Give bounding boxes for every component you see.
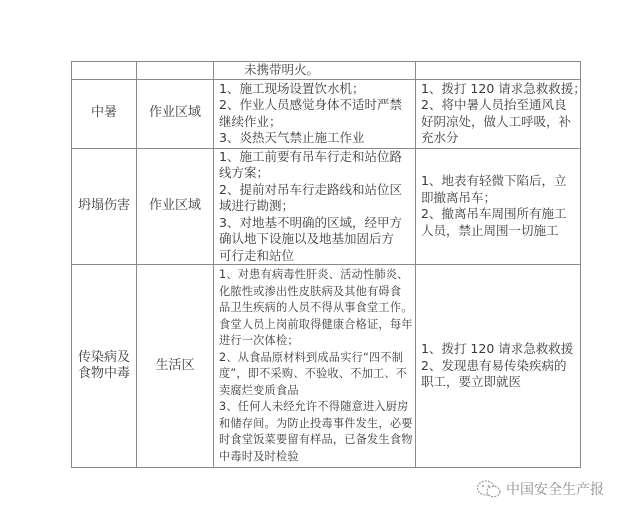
watermark: 中国安全生产报 [476,479,604,499]
hazard-cell: 中暑 [72,79,137,148]
hazard-cell: 坍塌伤害 [72,148,137,265]
measure-line: 品卫生疾病的人员不得从事食堂工作。 [219,300,411,317]
emergency-cell [416,62,581,80]
measures-cell: 1、施工现场设置饮水机； 2、作业人员感觉身体不适时严禁 继续作业； 3、炎热天… [214,79,416,148]
measure-line: 可行走和站位 [219,248,411,265]
watermark-text: 中国安全生产报 [506,479,604,499]
area-cell: 作业区域 [137,148,214,265]
emergency-cell: 1、拨打 120 请求急救救援； 2、将中暑人员抬至通风良 好阴凉处，做人工呼吸… [416,79,581,148]
measure-line: 3、任何人未经允许不得随意进入厨房 [219,399,411,416]
measure-line: 2、从食品原材料到成品实行“四不制 [219,350,411,367]
emergency-cell: 1、地表有轻微下陷后，立 即撤离吊车； 2、撤离吊车周围所有施工 人员，禁止周围… [416,148,581,265]
emergency-line: 即撤离吊车； [421,190,576,207]
area-cell: 作业区域 [137,79,214,148]
hazard-cell [72,62,137,80]
emergency-line: 职工，要立即就医 [421,374,576,391]
measure-line: 3、对地基不明确的区域，经甲方 [219,215,411,232]
emergency-line: 2、撤离吊车周围所有施工 [421,206,576,223]
table-row-collapse: 坍塌伤害 作业区域 1、施工前要有吊车行走和站位路 线方案； 2、提前对吊车行走… [72,148,581,265]
wechat-icon [476,479,502,499]
area-cell [137,62,214,80]
measure-line: 1、对患有病毒性肝炎、活动性肺炎、 [219,267,411,284]
table-row-disease: 传染病及 食物中毒 生活区 1、对患有病毒性肝炎、活动性肺炎、 化脓性或渗出性皮… [72,265,581,468]
measure-line: 确认地下设施以及地基加固后方 [219,231,411,248]
safety-measures-table: 未携带明火。 中暑 作业区域 1、施工现场设置饮水机； 2、作业人员感觉身体不适… [71,61,581,468]
measure-line: 线方案； [219,165,411,182]
measures-cell: 1、施工前要有吊车行走和站位路 线方案； 2、提前对吊车行走路线和站位区 域进行… [214,148,416,265]
hazard-line: 食物中毒 [76,366,132,383]
measure-line: 未携带明火。 [244,62,411,79]
emergency-line: 1、拨打 120 请求急救救援； [421,81,576,98]
measure-line: 中毒时及时检验 [219,449,411,466]
measure-line: 继续作业； [219,114,411,131]
table-row-continued: 未携带明火。 [72,62,581,80]
emergency-line: 人员，禁止周围一切施工 [421,223,576,240]
emergency-line: 好阴凉处，做人工呼吸，补 [421,114,576,131]
measure-line: 2、提前对吊车行走路线和站位区 [219,182,411,199]
measure-line: 域进行勘测； [219,198,411,215]
measure-line: 和储存间。为防止投毒事件发生，必要 [219,416,411,433]
hazard-line: 传染病及 [76,350,132,367]
measure-line: 2、作业人员感觉身体不适时严禁 [219,97,411,114]
emergency-line: 2、将中暑人员抬至通风良 [421,97,576,114]
measure-line: 食堂人员上岗前取得健康合格证，每年 [219,317,411,334]
emergency-line: 2、发现患有易传染疾病的 [421,358,576,375]
measure-line: 卖腐烂变质食品 [219,383,411,400]
emergency-line: 1、地表有轻微下陷后，立 [421,173,576,190]
measures-cell: 1、对患有病毒性肝炎、活动性肺炎、 化脓性或渗出性皮肤病及其他有碍食 品卫生疾病… [214,265,416,468]
emergency-line: 充水分 [421,130,576,147]
measure-line: 1、施工前要有吊车行走和站位路 [219,149,411,166]
table-row-heatstroke: 中暑 作业区域 1、施工现场设置饮水机； 2、作业人员感觉身体不适时严禁 继续作… [72,79,581,148]
hazard-cell: 传染病及 食物中毒 [72,265,137,468]
measures-cell: 未携带明火。 [214,62,416,80]
emergency-cell: 1、拨打 120 请求急救救援 2、发现患有易传染疾病的 职工，要立即就医 [416,265,581,468]
measure-line: 度”，即不采购、不验收、不加工、不 [219,366,411,383]
measure-line: 进行一次体检； [219,333,411,350]
measure-line: 1、施工现场设置饮水机； [219,81,411,98]
emergency-line: 1、拨打 120 请求急救救援 [421,341,576,358]
measure-line: 化脓性或渗出性皮肤病及其他有碍食 [219,284,411,301]
area-cell: 生活区 [137,265,214,468]
measure-line: 3、炎热天气禁止施工作业 [219,130,411,147]
measure-line: 时食堂饭菜要留有样品，已备发生食物 [219,432,411,449]
